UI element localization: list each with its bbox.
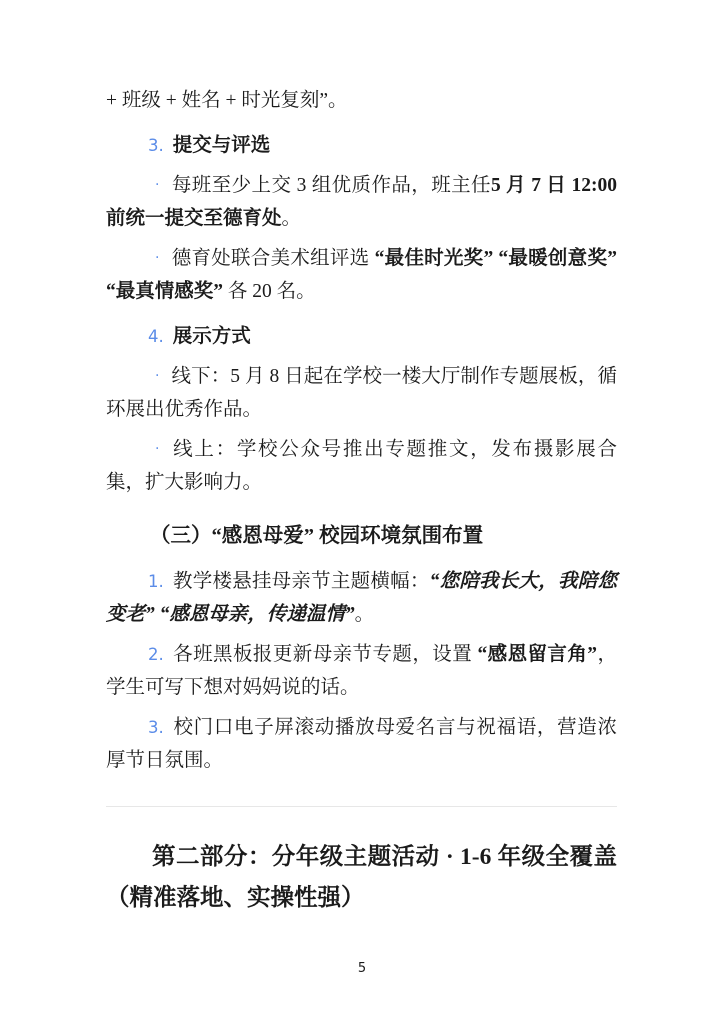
list-number: 3. xyxy=(148,136,164,155)
bullet-item-awards: ·德育处联合美术组评选 “最佳时光奖” “最暖创意奖” “最真情感奖” 各 20… xyxy=(106,242,617,308)
part2-heading-text: 第二部分：分年级主题活动 · 1-6 年级全覆盖（精准落地、实操性强） xyxy=(106,844,617,911)
item-text: 校门口电子屏滚动播放母爱名言与祝福语，营造浓厚节日氛围。 xyxy=(106,717,617,771)
item-text: 。 xyxy=(355,604,375,625)
bullet-icon: · xyxy=(155,250,159,266)
bullet-icon: · xyxy=(155,441,159,457)
numbered-item-led-screen: 3.校门口电子屏滚动播放母爱名言与祝福语，营造浓厚节日氛围。 xyxy=(106,711,617,777)
item-text: 教学楼悬挂母亲节主题横幅： xyxy=(173,571,430,592)
list-number: 2. xyxy=(148,645,164,664)
page-footer: 5 xyxy=(0,961,724,976)
list-number: 3. xyxy=(148,718,164,737)
item-text: 各班黑板报更新母亲节专题，设置 xyxy=(173,644,478,665)
bullet-text: 线上：学校公众号推出专题推文，发布摄影展合集，扩大影响力。 xyxy=(106,439,617,493)
page-number: 5 xyxy=(358,961,366,976)
section-heading-campus-atmosphere: （三）“感恩母爱” 校园环境氛围布置 xyxy=(106,518,617,555)
part2-heading: 第二部分：分年级主题活动 · 1-6 年级全覆盖（精准落地、实操性强） xyxy=(106,837,617,919)
list-item-title: 提交与评选 xyxy=(173,135,271,156)
list-number: 1. xyxy=(148,572,164,591)
numbered-item-blackboard: 2.各班黑板报更新母亲节专题，设置 “感恩留言角”，学生可写下想对妈妈说的话。 xyxy=(106,638,617,704)
list-item-submission: 3.提交与评选 xyxy=(106,129,617,162)
bullet-icon: · xyxy=(155,368,159,384)
bullet-text: 。 xyxy=(282,208,302,229)
section-divider xyxy=(106,806,617,807)
list-item-title: 展示方式 xyxy=(173,326,251,347)
paragraph-text: + 班级 + 姓名 + 时光复刻”。 xyxy=(106,90,348,111)
section-heading-text: （三）“感恩母爱” 校园环境氛围布置 xyxy=(150,525,483,547)
paragraph-continued: + 班级 + 姓名 + 时光复刻”。 xyxy=(106,84,617,117)
numbered-item-banner: 1.教学楼悬挂母亲节主题横幅：“您陪我长大，我陪您变老” “感恩母亲，传递温情”… xyxy=(106,565,617,631)
item-text-bold: “感恩留言角” xyxy=(477,644,597,665)
bullet-text: 各 20 名。 xyxy=(223,281,316,302)
list-number: 4. xyxy=(148,327,164,346)
bullet-text: 德育处联合美术组评选 xyxy=(171,248,374,269)
bullet-item-online: ·线上：学校公众号推出专题推文，发布摄影展合集，扩大影响力。 xyxy=(106,433,617,499)
bullet-text: 每班至少上交 3 组优质作品，班主任 xyxy=(171,175,491,196)
bullet-icon: · xyxy=(155,177,159,193)
bullet-item-offline: ·线下：5 月 8 日起在学校一楼大厅制作专题展板，循环展出优秀作品。 xyxy=(106,360,617,426)
list-item-display: 4.展示方式 xyxy=(106,320,617,353)
document-page: + 班级 + 姓名 + 时光复刻”。 3.提交与评选 ·每班至少上交 3 组优质… xyxy=(0,0,724,1024)
bullet-item-submission-deadline: ·每班至少上交 3 组优质作品，班主任5 月 7 日 12:00 前统一提交至德… xyxy=(106,169,617,235)
bullet-text: 线下：5 月 8 日起在学校一楼大厅制作专题展板，循环展出优秀作品。 xyxy=(106,366,617,420)
